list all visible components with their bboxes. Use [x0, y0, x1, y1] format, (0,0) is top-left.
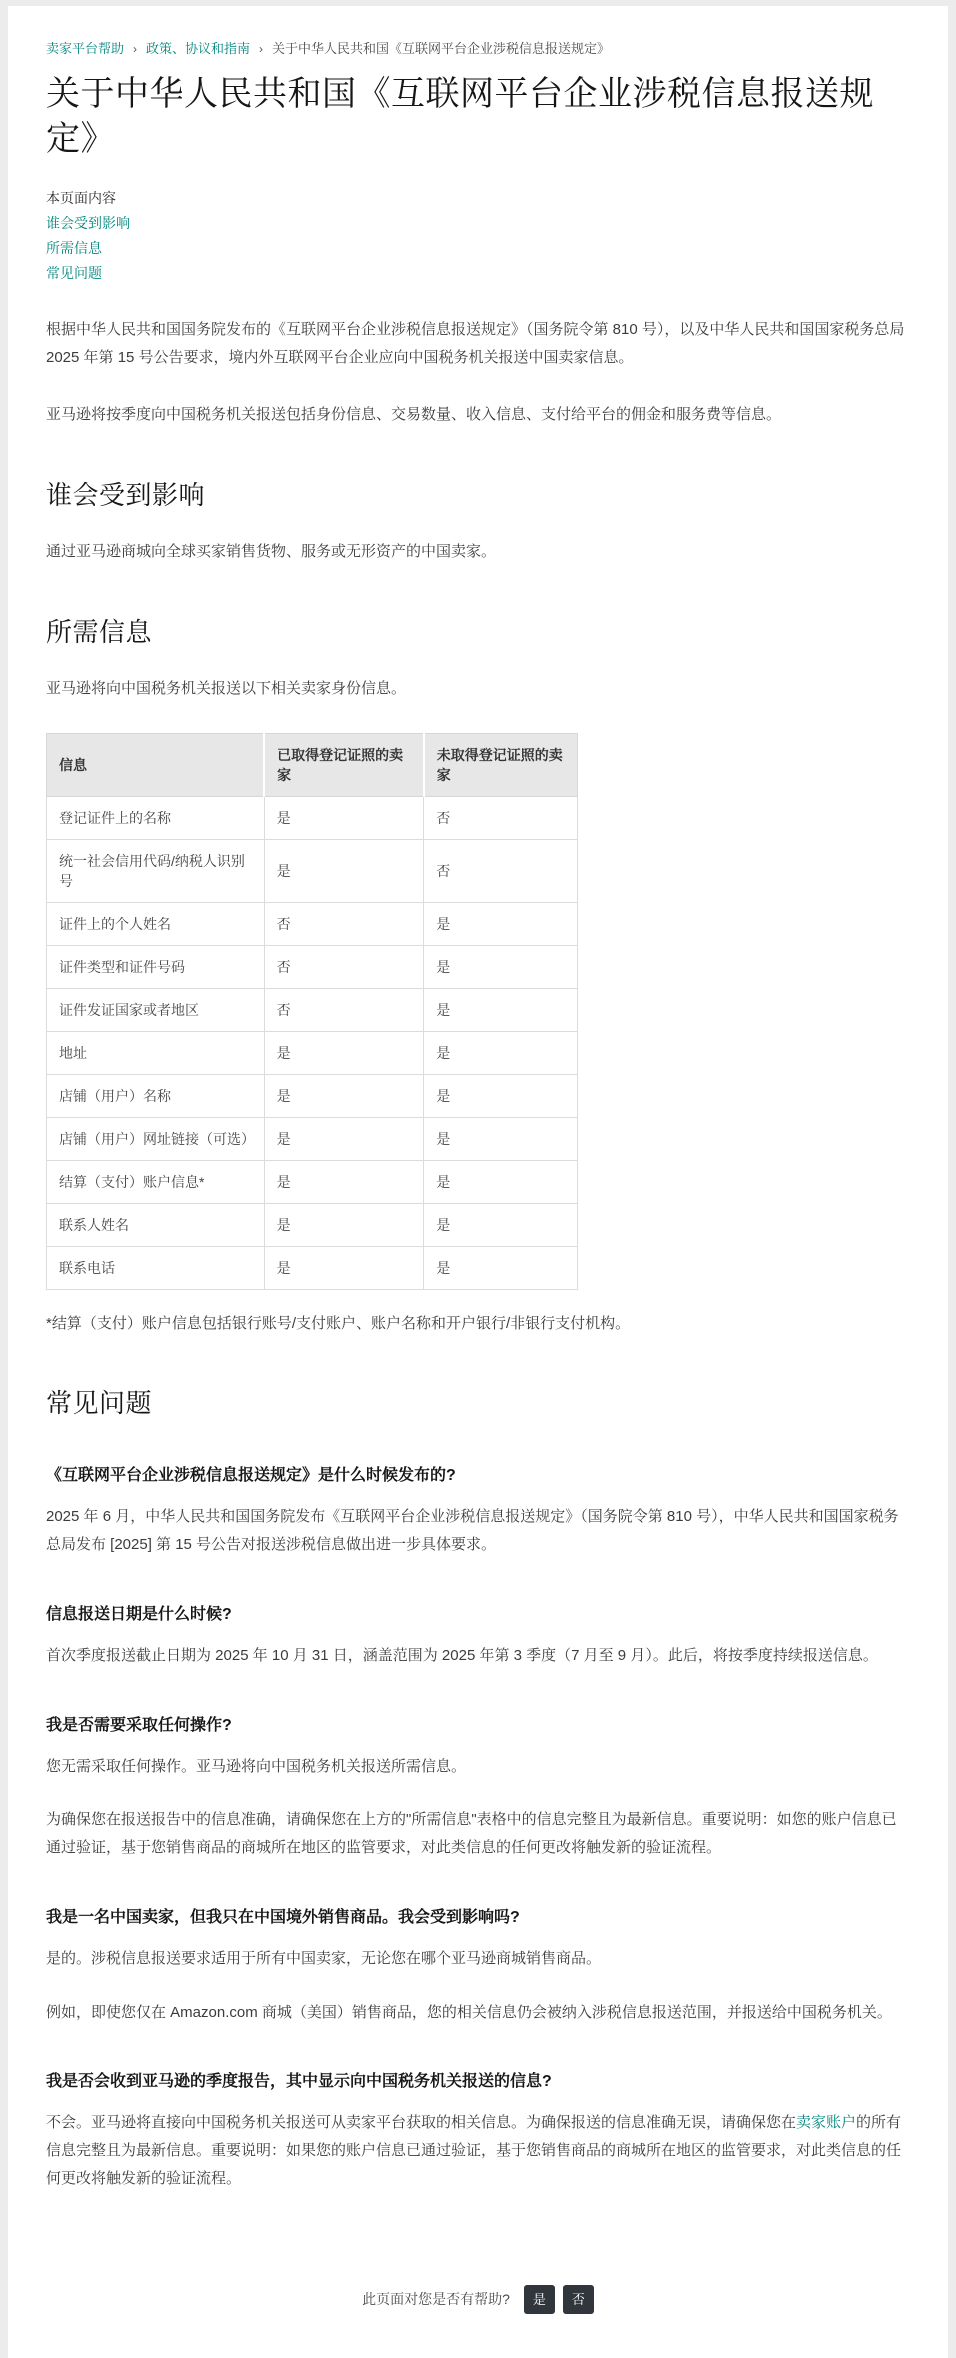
table-cell: 是 — [424, 1031, 578, 1074]
table-row: 统一社会信用代码/纳税人识别号是否 — [47, 839, 578, 902]
table-cell: 是 — [424, 902, 578, 945]
helpful-no-button[interactable]: 否 — [563, 2285, 594, 2314]
breadcrumb-separator: › — [133, 41, 137, 58]
table-cell: 店铺（用户）名称 — [47, 1074, 265, 1117]
paragraph: 亚马逊将按季度向中国税务机关报送包括身份信息、交易数量、收入信息、支付给平台的佣… — [46, 401, 910, 429]
breadcrumb-item[interactable]: 政策、协议和指南 — [146, 40, 250, 58]
table-cell: 是 — [424, 1074, 578, 1117]
toc-heading: 本页面内容 — [46, 186, 910, 211]
table-cell: 是 — [424, 1117, 578, 1160]
table-cell: 是 — [264, 1074, 424, 1117]
faq-answer: 首次季度报送截止日期为 2025 年 10 月 31 日，涵盖范围为 2025 … — [46, 1642, 910, 1670]
table-cell: 是 — [264, 1246, 424, 1289]
faq-question: 《互联网平台企业涉税信息报送规定》是什么时候发布的? — [46, 1462, 910, 1485]
toc-link[interactable]: 常见问题 — [46, 261, 910, 286]
toc-link[interactable]: 谁会受到影响 — [46, 211, 910, 236]
intro-paragraphs: 根据中华人民共和国国务院发布的《互联网平台企业涉税信息报送规定》（国务院令第 8… — [46, 316, 910, 429]
table-cell: 是 — [424, 988, 578, 1031]
table-cell: 联系电话 — [47, 1246, 265, 1289]
table-row: 证件类型和证件号码否是 — [47, 945, 578, 988]
faq-answer: 为确保您在报送报告中的信息准确，请确保您在上方的"所需信息"表格中的信息完整且为… — [46, 1806, 910, 1862]
required-info-table: 信息已取得登记证照的卖家未取得登记证照的卖家 登记证件上的名称是否统一社会信用代… — [46, 733, 578, 1290]
page-title: 关于中华人民共和国《互联网平台企业涉税信息报送规定》 — [46, 72, 910, 162]
table-cell: 否 — [264, 945, 424, 988]
table-cell: 登记证件上的名称 — [47, 796, 265, 839]
table-row: 证件上的个人姓名否是 — [47, 902, 578, 945]
table-header-row: 信息已取得登记证照的卖家未取得登记证照的卖家 — [47, 733, 578, 796]
table-row: 证件发证国家或者地区否是 — [47, 988, 578, 1031]
table-row: 店铺（用户）网址链接（可选）是是 — [47, 1117, 578, 1160]
helpful-question: 此页面对您是否有帮助? — [362, 2289, 510, 2309]
table-cell: 否 — [264, 902, 424, 945]
faq-answer: 您无需采取任何操作。亚马逊将向中国税务机关报送所需信息。 — [46, 1753, 910, 1781]
table-cell: 否 — [264, 988, 424, 1031]
table-cell: 否 — [424, 796, 578, 839]
helpful-yes-button[interactable]: 是 — [524, 2285, 555, 2314]
section-heading-faq: 常见问题 — [46, 1383, 910, 1420]
table-cell: 是 — [424, 1246, 578, 1289]
section-heading-affected: 谁会受到影响 — [46, 475, 910, 512]
table-cell: 证件上的个人姓名 — [47, 902, 265, 945]
table-cell: 店铺（用户）网址链接（可选） — [47, 1117, 265, 1160]
toc-links: 谁会受到影响所需信息常见问题 — [46, 211, 910, 286]
faq-question: 信息报送日期是什么时候? — [46, 1601, 910, 1624]
faq-answer: 例如，即使您仅在 Amazon.com 商城（美国）销售商品，您的相关信息仍会被… — [46, 1999, 910, 2027]
table-cell: 是 — [424, 1160, 578, 1203]
faq-question: 我是一名中国卖家，但我只在中国境外销售商品。我会受到影响吗? — [46, 1904, 910, 1927]
seller-account-link[interactable]: 卖家账户 — [796, 2114, 856, 2131]
breadcrumb-item: 关于中华人民共和国《互联网平台企业涉税信息报送规定》 — [272, 40, 610, 58]
table-row: 结算（支付）账户信息*是是 — [47, 1160, 578, 1203]
table-row: 店铺（用户）名称是是 — [47, 1074, 578, 1117]
table-cell: 是 — [264, 839, 424, 902]
faq-answer: 是的。涉税信息报送要求适用于所有中国卖家，无论您在哪个亚马逊商城销售商品。 — [46, 1945, 910, 1973]
table-cell: 是 — [264, 1117, 424, 1160]
table-cell: 地址 — [47, 1031, 265, 1074]
table-cell: 是 — [264, 1160, 424, 1203]
table-row: 联系人姓名是是 — [47, 1203, 578, 1246]
breadcrumb-item[interactable]: 卖家平台帮助 — [46, 40, 124, 58]
faq-list: 《互联网平台企业涉税信息报送规定》是什么时候发布的?2025 年 6 月，中华人… — [46, 1462, 910, 2192]
affected-paragraph: 通过亚马逊商城向全球买家销售货物、服务或无形资产的中国卖家。 — [46, 538, 910, 566]
table-row: 登记证件上的名称是否 — [47, 796, 578, 839]
faq-question: 我是否会收到亚马逊的季度报告，其中显示向中国税务机关报送的信息? — [46, 2068, 910, 2091]
table-cell: 是 — [264, 796, 424, 839]
faq-question: 我是否需要采取任何操作? — [46, 1712, 910, 1735]
table-footnote: *结算（支付）账户信息包括银行账号/支付账户、账户名称和开户银行/非银行支付机构… — [46, 1310, 910, 1338]
on-this-page: 本页面内容 谁会受到影响所需信息常见问题 — [46, 186, 910, 286]
table-cell: 证件类型和证件号码 — [47, 945, 265, 988]
table-cell: 结算（支付）账户信息* — [47, 1160, 265, 1203]
required-info-intro: 亚马逊将向中国税务机关报送以下相关卖家身份信息。 — [46, 675, 910, 703]
helpful-bar: 此页面对您是否有帮助? 是 否 — [46, 2257, 910, 2358]
table-cell: 联系人姓名 — [47, 1203, 265, 1246]
table-cell: 是 — [424, 945, 578, 988]
table-cell: 是 — [264, 1031, 424, 1074]
help-article-page: 卖家平台帮助›政策、协议和指南›关于中华人民共和国《互联网平台企业涉税信息报送规… — [8, 6, 948, 2358]
table-header-cell: 信息 — [47, 733, 265, 796]
toc-link[interactable]: 所需信息 — [46, 236, 910, 261]
table-row: 联系电话是是 — [47, 1246, 578, 1289]
breadcrumb: 卖家平台帮助›政策、协议和指南›关于中华人民共和国《互联网平台企业涉税信息报送规… — [46, 40, 910, 58]
table-body: 登记证件上的名称是否统一社会信用代码/纳税人识别号是否证件上的个人姓名否是证件类… — [47, 796, 578, 1289]
table-cell: 证件发证国家或者地区 — [47, 988, 265, 1031]
table-cell: 统一社会信用代码/纳税人识别号 — [47, 839, 265, 902]
table-cell: 否 — [424, 839, 578, 902]
breadcrumb-separator: › — [259, 41, 263, 58]
table-header-cell: 已取得登记证照的卖家 — [264, 733, 424, 796]
section-heading-required-info: 所需信息 — [46, 612, 910, 649]
table-cell: 是 — [264, 1203, 424, 1246]
paragraph: 根据中华人民共和国国务院发布的《互联网平台企业涉税信息报送规定》（国务院令第 8… — [46, 316, 910, 372]
table-header-cell: 未取得登记证照的卖家 — [424, 733, 578, 796]
table-cell: 是 — [424, 1203, 578, 1246]
faq-answer: 不会。亚马逊将直接向中国税务机关报送可从卖家平台获取的相关信息。为确保报送的信息… — [46, 2109, 910, 2192]
table-row: 地址是是 — [47, 1031, 578, 1074]
faq-answer: 2025 年 6 月，中华人民共和国国务院发布《互联网平台企业涉税信息报送规定》… — [46, 1503, 910, 1559]
